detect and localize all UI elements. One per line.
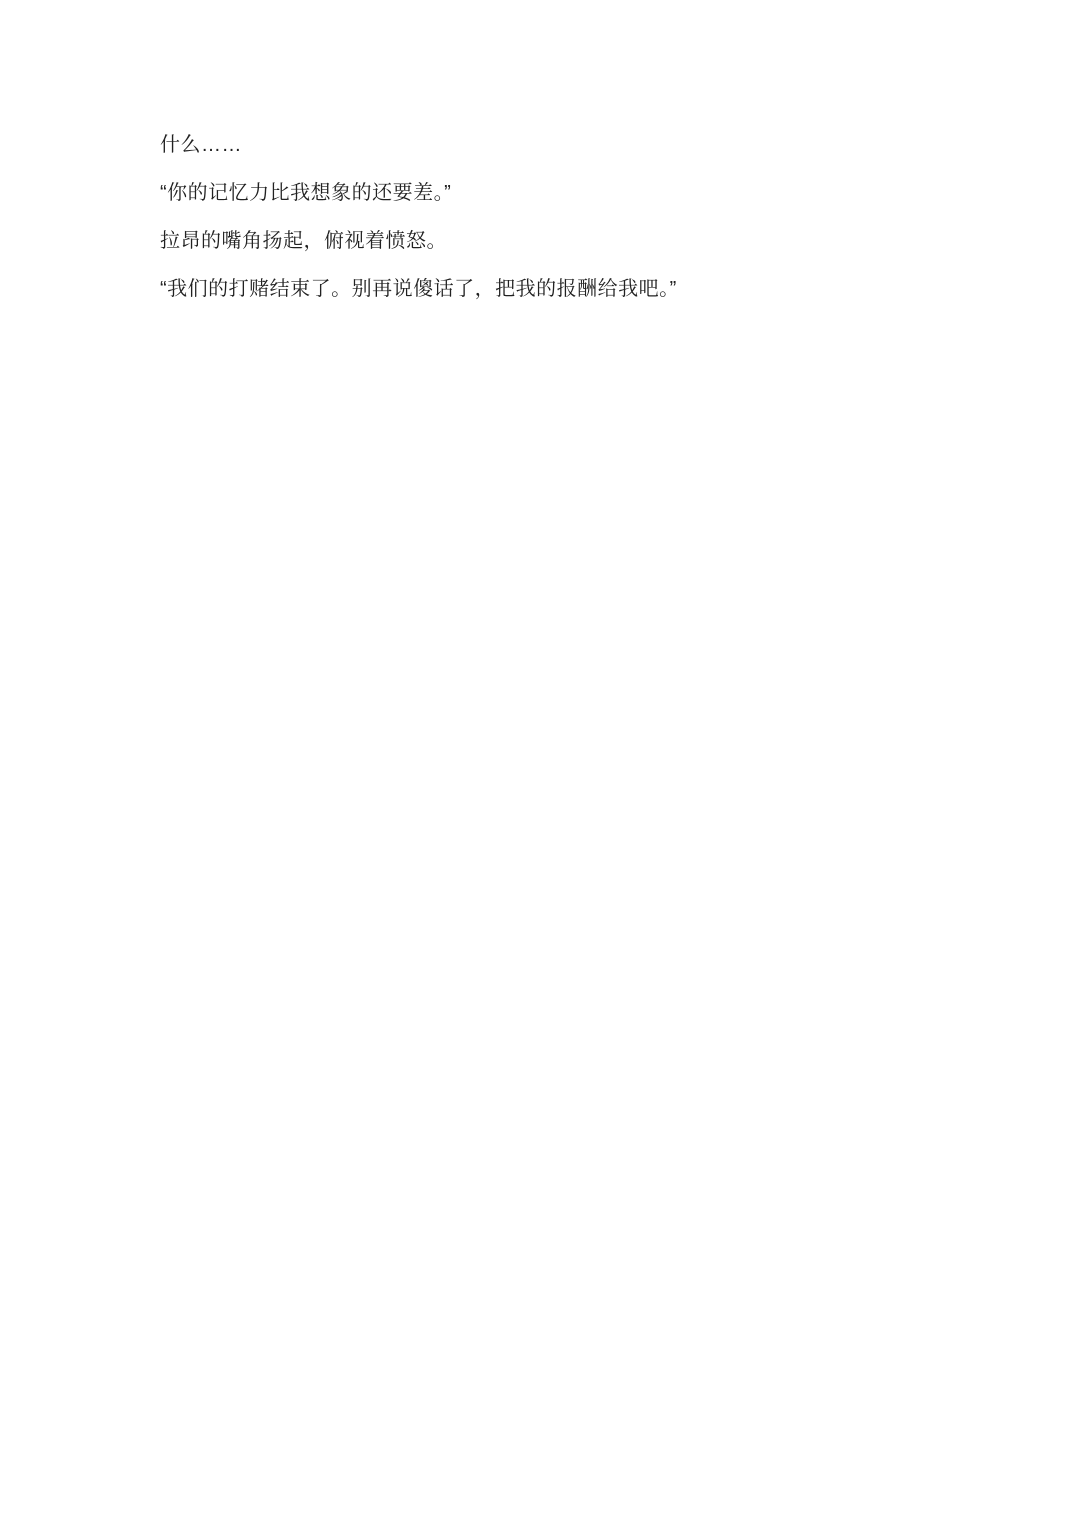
paragraph: 什么…… xyxy=(160,131,924,159)
paragraph: 拉昂的嘴角扬起，俯视着愤怒。 xyxy=(160,227,924,255)
paragraph: “我们的打赌结束了。别再说傻话了，把我的报酬给我吧。” xyxy=(160,275,924,303)
document-page: 什么…… “你的记忆力比我想象的还要差。” 拉昂的嘴角扬起，俯视着愤怒。 “我们… xyxy=(0,0,1074,1519)
text-content: 什么…… “你的记忆力比我想象的还要差。” 拉昂的嘴角扬起，俯视着愤怒。 “我们… xyxy=(160,131,924,323)
paragraph: “你的记忆力比我想象的还要差。” xyxy=(160,179,924,207)
